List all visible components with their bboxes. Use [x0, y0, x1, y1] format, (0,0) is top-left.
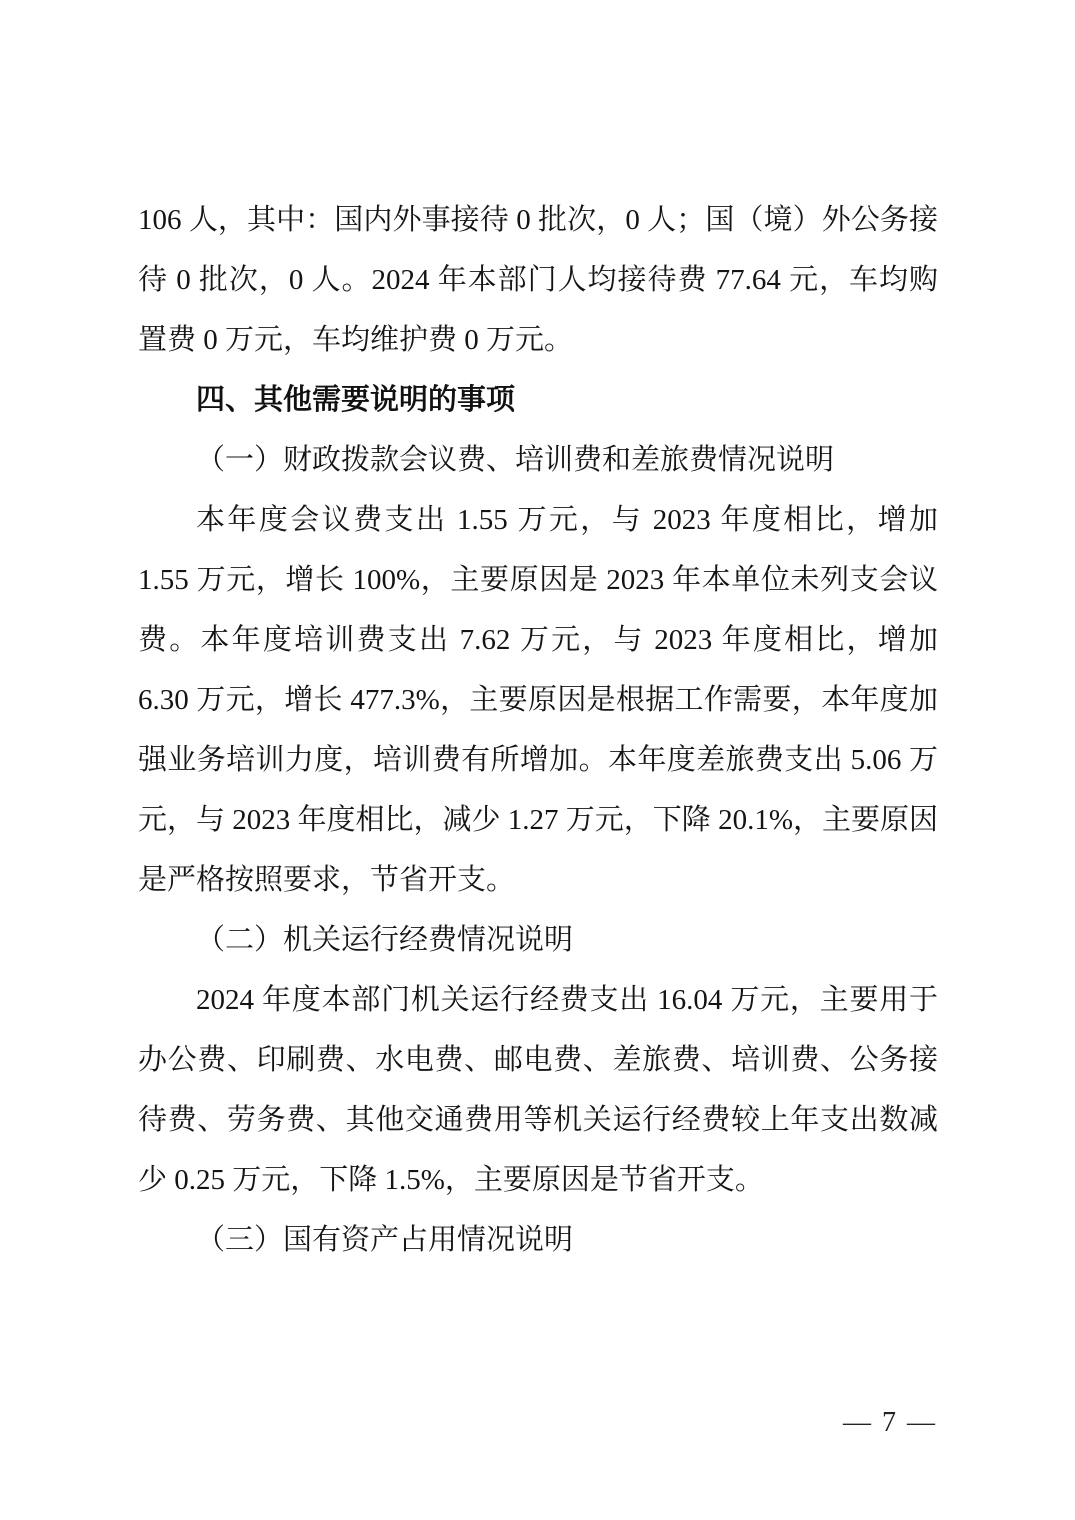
document-body: 106 人，其中：国内外事接待 0 批次，0 人；国（境）外公务接待 0 批次，… — [138, 190, 938, 1270]
subsection-heading-state-assets: （三）国有资产占用情况说明 — [138, 1210, 938, 1270]
section-heading-other-matters: 四、其他需要说明的事项 — [138, 370, 938, 430]
page-number: — 7 — — [843, 1403, 937, 1443]
subsection-heading-operating-expense: （二）机关运行经费情况说明 — [138, 910, 938, 970]
paragraph-operating-expense: 2024 年度本部门机关运行经费支出 16.04 万元，主要用于办公费、印刷费、… — [138, 970, 938, 1210]
paragraph-reception-stats: 106 人，其中：国内外事接待 0 批次，0 人；国（境）外公务接待 0 批次，… — [138, 190, 938, 370]
subsection-heading-fiscal-fees: （一）财政拨款会议费、培训费和差旅费情况说明 — [138, 430, 938, 490]
paragraph-meeting-training-travel-fees: 本年度会议费支出 1.55 万元，与 2023 年度相比，增加 1.55 万元，… — [138, 490, 938, 910]
document-page: 106 人，其中：国内外事接待 0 批次，0 人；国（境）外公务接待 0 批次，… — [0, 0, 1075, 1520]
